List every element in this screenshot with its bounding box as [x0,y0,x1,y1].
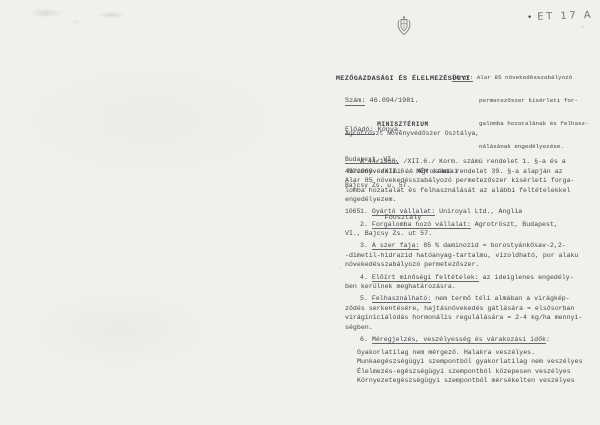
body-underlined-label: A szer faja: [372,242,419,250]
reference-number-value: 46.094/1981. [365,97,418,105]
recipient-organization: Agrotröszt Növényvédőszer Osztálya, [345,130,479,139]
body-line: lomba hozatalát és felhasználását az alá… [345,186,575,196]
ministry-emblem-icon [396,15,412,36]
body-text: VI., Bajcsy Zs. ut 57. [345,230,432,237]
body-text: engedélyezem. [345,196,396,203]
reference-number-label: Szám: [345,97,365,106]
body-line: 43/1968. /XII.6./ MÉM számú rendelet 39.… [345,167,575,177]
body-line: Gyakorlatilag nem mérgező. Halakra veszé… [357,348,575,358]
body-line: ben kerülnek meghatározásra. [345,282,575,292]
body-text: lomba hozatalát és felhasználását az alá… [345,187,571,194]
body-text: 5. [360,295,372,302]
pencil-note-text: ET 17 A [537,10,593,23]
body-text: Alar 85 növekedésszabályozó permetezősze… [345,177,575,184]
body-line: 2. Forgalomba hozó vállalat: Agrotröszt,… [345,220,575,230]
body-line: 6. Méregjelzés, veszélyesség és várakozá… [345,335,575,345]
body-text: Agrotröszt, Budapest, [471,221,558,228]
body-line: Élelmezés-egészségügyi szempontból közep… [357,367,575,377]
subject-line-1: Tárgy: Alar 85 növekedésszabályozó [452,74,589,82]
body-text: 2. [360,221,372,228]
body-text: -dimetil-hidrazid hatóanyag-tartalmu, vi… [345,252,578,259]
body-line: VI., Bajcsy Zs. ut 57. [345,229,575,239]
reference-number-line: Szám: 46.094/1981. [345,97,418,107]
subject-text-4: nálásának engedélyezése. [479,143,589,151]
body-text: viráginiciálódás hormonális regulálására… [345,314,582,321]
body-line: növekedésszabályozó permetezőszer. [345,260,575,270]
body-line: viráginiciálódás hormonális regulálására… [345,313,575,323]
pencil-dot-mark: • [527,13,533,23]
body-line: ződés serkentésére, hajtásnövekedés gátl… [345,304,575,314]
body-line: Munkaegészségügyi szempontból gyakorlati… [357,357,575,367]
body-text: Élelmezés-egészségügyi szempontból közep… [357,368,571,375]
subject-text-2: permetezőszer kísérleti for- [479,97,589,105]
body-underlined-label: Forgalomba hozó vállalat: [372,221,471,229]
body-text: 3. [360,242,372,249]
body-text: ségben. [345,324,373,331]
body-text: Gyakorlatilag nem mérgező. Halakra veszé… [357,349,535,356]
subject-label: Tárgy: [452,74,473,82]
subject-text-1: Alar 85 növekedésszabályozó [473,74,572,81]
body-line: Környezetegészségügyi szempontból mérsék… [357,376,575,386]
body-text: A 44/1968. /XII.6./ Korm. számú rendelet… [360,158,566,165]
body-underlined-label: Felhasználható: [372,295,431,303]
scanned-letter-page: •ET 17 A MEZŐGAZDASÁGI ÉS ÉLELMEZÉSÜGYI … [0,0,600,425]
letter-body: A 44/1968. /XII.6./ Korm. számú rendelet… [345,157,575,386]
body-text: Környezetegészségügyi szempontból mérsék… [357,377,575,384]
body-line: ségben. [345,323,575,333]
body-line: A 44/1968. /XII.6./ Korm. számú rendelet… [345,157,575,167]
body-text: 1. [360,208,372,215]
body-text: : [546,336,550,343]
body-text: Uniroyal Ltd., Anglia [435,208,522,215]
body-line: 5. Felhasználható: nem termő téli almába… [345,294,575,304]
body-underlined-label: Előírt minőségi feltételek: [372,274,479,282]
body-text: nem termő téli almában a virágkép- [431,295,570,302]
body-text: 85 % daminozid = borostyánkősav-2,2- [419,242,565,249]
body-line: 4. Előírt minőségi feltételek: az ideigl… [345,273,575,283]
subject-text-3: galomba hozatalának és felhasz- [479,120,589,128]
body-text: 4. [360,274,372,281]
body-text: Munkaegészségügyi szempontból gyakorlati… [357,358,583,365]
body-line: 3. A szer faja: 85 % daminozid = borosty… [345,241,575,251]
body-underlined-label: Méregjelzés, veszélyesség és várakozási … [372,336,546,344]
body-text: ben kerülnek meghatározásra. [345,283,456,290]
body-line: 1. Gyártó vállalat: Uniroyal Ltd., Angli… [345,207,575,217]
body-line: engedélyezem. [345,195,575,205]
pencil-annotation: •ET 17 A [527,10,594,23]
body-text: 43/1968. /XII.6./ MÉM számú rendelet 39.… [345,168,563,175]
body-line: -dimetil-hidrazid hatóanyag-tartalmu, vi… [345,251,575,261]
body-text: az ideiglenes engedély- [479,274,574,281]
body-text: 6. [360,336,372,343]
body-text: ződés serkentésére, hajtásnövekedés gátl… [345,305,575,312]
body-text: növekedésszabályozó permetezőszer. [345,261,480,268]
body-underlined-label: Gyártó vállalat: [372,208,435,216]
body-line: Alar 85 növekedésszabályozó permetezősze… [345,176,575,186]
